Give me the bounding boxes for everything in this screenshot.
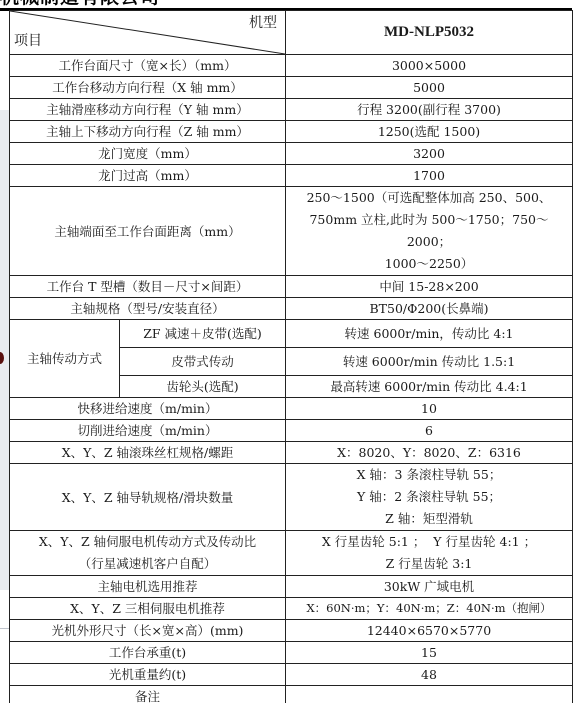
row-value: 5000 bbox=[286, 77, 573, 99]
row-value: 48 bbox=[286, 664, 573, 686]
header-model-label: 机型 bbox=[249, 13, 277, 34]
table-row: X、Y、Z 轴滚珠丝杠规格/螺距 X：8020、Y：8020、Z：6316 bbox=[10, 442, 573, 464]
row-label: X、Y、Z 轴滚珠丝杠规格/螺距 bbox=[10, 442, 286, 464]
row-label: 工作台承重(t) bbox=[10, 642, 286, 664]
drive-option-name: ZF 减速＋皮带(选配) bbox=[120, 320, 286, 348]
table-row: X、Y、Z 轴导轨规格/滑块数量 X 轴：3 条滚柱导轨 55； Y 轴：2 条… bbox=[10, 464, 573, 531]
row-label: 主轴滑座移动方向行程（Y 轴 mm） bbox=[10, 99, 286, 121]
value-line: 250～1500（可选配整体加高 250、500、 bbox=[288, 187, 570, 209]
row-value: 15 bbox=[286, 642, 573, 664]
table-row: 主轴滑座移动方向行程（Y 轴 mm） 行程 3200(副行程 3700) bbox=[10, 99, 573, 121]
row-value: 行程 3200(副行程 3700) bbox=[286, 99, 573, 121]
row-value: 1250(选配 1500) bbox=[286, 121, 573, 143]
header-item-label: 项目 bbox=[14, 31, 42, 52]
row-label: 快移进给速度（m/min） bbox=[10, 398, 286, 420]
row-value: 1700 bbox=[286, 165, 573, 187]
row-label: 备注 bbox=[10, 686, 286, 703]
table-row: 工作台承重(t) 15 bbox=[10, 642, 573, 664]
row-value: 10 bbox=[286, 398, 573, 420]
drive-option-name: 皮带式传动 bbox=[120, 348, 286, 376]
row-label: 光机外形尺寸（长×宽×高）(mm) bbox=[10, 620, 286, 642]
row-label: X、Y、Z 三相伺服电机推荐 bbox=[10, 598, 286, 620]
row-value bbox=[286, 686, 573, 703]
row-label-multiline: X、Y、Z 轴伺服电机传动方式及传动比 （行星减速机客户自配） bbox=[10, 531, 286, 576]
table-row: 快移进给速度（m/min） 10 bbox=[10, 398, 573, 420]
drive-option-value: 转速 6000r/min，传动比 4:1 bbox=[286, 320, 573, 348]
row-value: 30kW 广域电机 bbox=[286, 576, 573, 598]
row-label: 切削进给速度（m/min） bbox=[10, 420, 286, 442]
drive-option-value: 转速 6000r/min 传动比 1.5:1 bbox=[286, 348, 573, 376]
table-row-spindle-drive: 主轴传动方式 ZF 减速＋皮带(选配) 转速 6000r/min，传动比 4:1 bbox=[10, 320, 573, 348]
row-value-multiline: X 行星齿轮 5:1 ； Y 行星齿轮 4:1 ； Z 行星齿轮 3:1 bbox=[286, 531, 573, 576]
row-value-multiline: 250～1500（可选配整体加高 250、500、 750mm 立柱,此时为 5… bbox=[286, 187, 573, 276]
table-row: 工作台 T 型槽（数目－尺寸×间距） 中间 15-28×200 bbox=[10, 276, 573, 298]
table-row: 主轴端面至工作台面距离（mm） 250～1500（可选配整体加高 250、500… bbox=[10, 187, 573, 276]
row-label: 光机重量约(t) bbox=[10, 664, 286, 686]
row-value-multiline: X 轴：3 条滚柱导轨 55； Y 轴：2 条滚柱导轨 55； Z 轴：矩型滑轨 bbox=[286, 464, 573, 531]
corner-header-cell: 机型 项目 bbox=[10, 11, 286, 55]
value-line: 750mm 立柱,此时为 500～1750；750～2000； bbox=[288, 209, 570, 253]
value-line: Z 行星齿轮 3:1 bbox=[288, 553, 570, 575]
row-value: 12440×6570×5770 bbox=[286, 620, 573, 642]
table-row: 主轴规格（型号/安装直径） BT50/Φ200(长鼻端) bbox=[10, 298, 573, 320]
value-line: X 行星齿轮 5:1 ； Y 行星齿轮 4:1 ； bbox=[288, 531, 570, 553]
value-line: Z 轴：矩型滑轨 bbox=[288, 508, 570, 530]
label-line: X、Y、Z 轴伺服电机传动方式及传动比 bbox=[12, 531, 283, 553]
value-line: Y 轴：2 条滚柱导轨 55； bbox=[288, 486, 570, 508]
row-value: 3200 bbox=[286, 143, 573, 165]
row-label: 主轴电机选用推荐 bbox=[10, 576, 286, 598]
table-row: 工作台面尺寸（宽×长）（mm） 3000×5000 bbox=[10, 55, 573, 77]
row-label: 工作台 T 型槽（数目－尺寸×间距） bbox=[10, 276, 286, 298]
row-value: 3000×5000 bbox=[286, 55, 573, 77]
value-line: X 轴：3 条滚柱导轨 55； bbox=[288, 464, 570, 486]
row-label: 工作台面尺寸（宽×长）（mm） bbox=[10, 55, 286, 77]
drive-option-name: 齿轮头(选配) bbox=[120, 376, 286, 398]
table-row: 工作台移动方向行程（X 轴 mm） 5000 bbox=[10, 77, 573, 99]
row-label: 主轴端面至工作台面距离（mm） bbox=[10, 187, 286, 276]
row-value: X：60N·m；Y：40N·m；Z：40N·m（抱闸） bbox=[286, 598, 573, 620]
table-row: 备注 bbox=[10, 686, 573, 703]
table-row: 光机重量约(t) 48 bbox=[10, 664, 573, 686]
table-row: X、Y、Z 三相伺服电机推荐 X：60N·m；Y：40N·m；Z：40N·m（抱… bbox=[10, 598, 573, 620]
document-title: 机械制造有限公司 bbox=[0, 0, 300, 7]
row-value: 6 bbox=[286, 420, 573, 442]
table-header-row: 机型 项目 MD-NLP5032 bbox=[10, 11, 573, 55]
row-label: X、Y、Z 轴导轨规格/滑块数量 bbox=[10, 464, 286, 531]
spindle-drive-label: 主轴传动方式 bbox=[10, 320, 120, 398]
row-label: 龙门宽度（mm） bbox=[10, 143, 286, 165]
side-divider bbox=[0, 628, 9, 629]
diagonal-line bbox=[10, 11, 285, 54]
drive-option-value: 最高转速 6000r/min 传动比 4.4:1 bbox=[286, 376, 573, 398]
table-row: 龙门过高（mm） 1700 bbox=[10, 165, 573, 187]
value-line: 1000～2250） bbox=[288, 253, 570, 275]
row-value: 中间 15-28×200 bbox=[286, 276, 573, 298]
table-row: 主轴上下移动方向行程（Z 轴 mm） 1250(选配 1500) bbox=[10, 121, 573, 143]
table-row: 光机外形尺寸（长×宽×高）(mm) 12440×6570×5770 bbox=[10, 620, 573, 642]
table-row: 龙门宽度（mm） 3200 bbox=[10, 143, 573, 165]
row-value: X：8020、Y：8020、Z：6316 bbox=[286, 442, 573, 464]
row-label: 主轴上下移动方向行程（Z 轴 mm） bbox=[10, 121, 286, 143]
spec-table: 机型 项目 MD-NLP5032 工作台面尺寸（宽×长）（mm） 3000×50… bbox=[9, 10, 573, 703]
row-value: BT50/Φ200(长鼻端) bbox=[286, 298, 573, 320]
side-marker bbox=[0, 352, 4, 364]
table-row: 切削进给速度（m/min） 6 bbox=[10, 420, 573, 442]
model-name: MD-NLP5032 bbox=[286, 11, 573, 55]
side-panel bbox=[0, 110, 9, 590]
label-line: （行星减速机客户自配） bbox=[12, 553, 283, 575]
row-label: 主轴规格（型号/安装直径） bbox=[10, 298, 286, 320]
table-row: X、Y、Z 轴伺服电机传动方式及传动比 （行星减速机客户自配） X 行星齿轮 5… bbox=[10, 531, 573, 576]
row-label: 工作台移动方向行程（X 轴 mm） bbox=[10, 77, 286, 99]
table-row: 主轴电机选用推荐 30kW 广域电机 bbox=[10, 576, 573, 598]
row-label: 龙门过高（mm） bbox=[10, 165, 286, 187]
